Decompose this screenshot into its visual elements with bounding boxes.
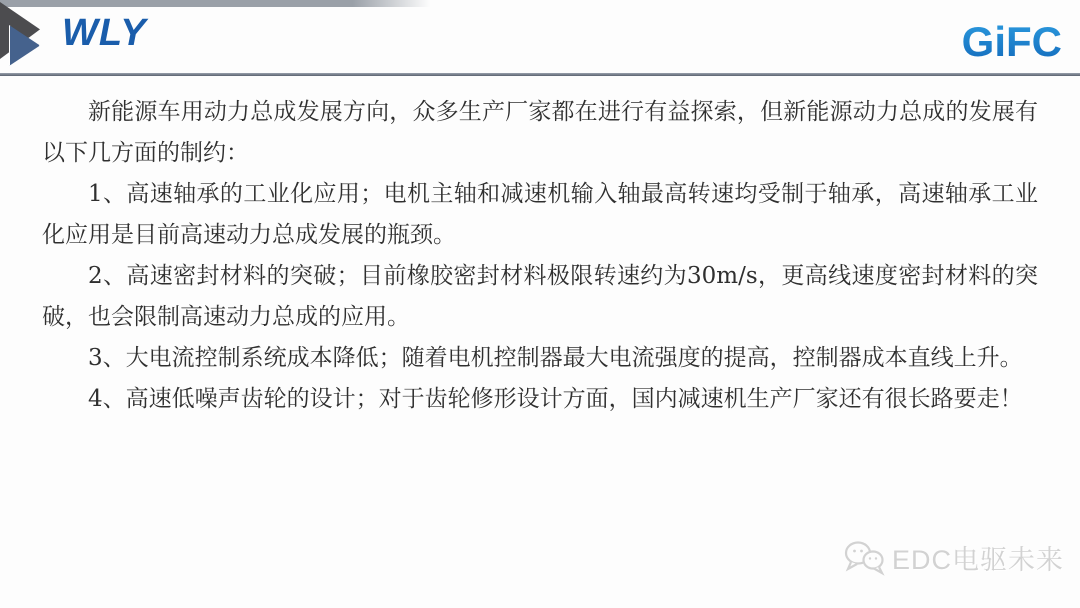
paragraph: 2、高速密封材料的突破；目前橡胶密封材料极限转速约为30m/s，更高线速度密封材… (42, 256, 1038, 338)
gifc-logo-text: GiFC (962, 18, 1062, 66)
paragraph: 1、高速轴承的工业化应用；电机主轴和减速机输入轴最高转速均受制于轴承，高速轴承工… (42, 174, 1038, 256)
wly-logo-mark-icon (0, 2, 46, 66)
header-divider (0, 73, 1080, 76)
watermark-text: EDC电驱未来 (892, 538, 1064, 577)
paragraph: 3、大电流控制系统成本降低；随着电机控制器最大电流强度的提高，控制器成本直线上升… (42, 338, 1038, 379)
slide-header: WLY GiFC (0, 0, 1080, 73)
presentation-slide: WLY GiFC 新能源车用动力总成发展方向，众多生产厂家都在进行有益探索，但新… (0, 0, 1080, 608)
wechat-icon (844, 540, 886, 576)
paragraph: 新能源车用动力总成发展方向，众多生产厂家都在进行有益探索，但新能源动力总成的发展… (42, 92, 1038, 174)
slide-body: 新能源车用动力总成发展方向，众多生产厂家都在进行有益探索，但新能源动力总成的发展… (42, 92, 1038, 420)
watermark: EDC电驱未来 (844, 538, 1064, 577)
wly-logo-text: WLY (62, 12, 147, 55)
paragraph: 4、高速低噪声齿轮的设计；对于齿轮修形设计方面，国内减速机生产厂家还有很长路要走… (42, 379, 1038, 420)
